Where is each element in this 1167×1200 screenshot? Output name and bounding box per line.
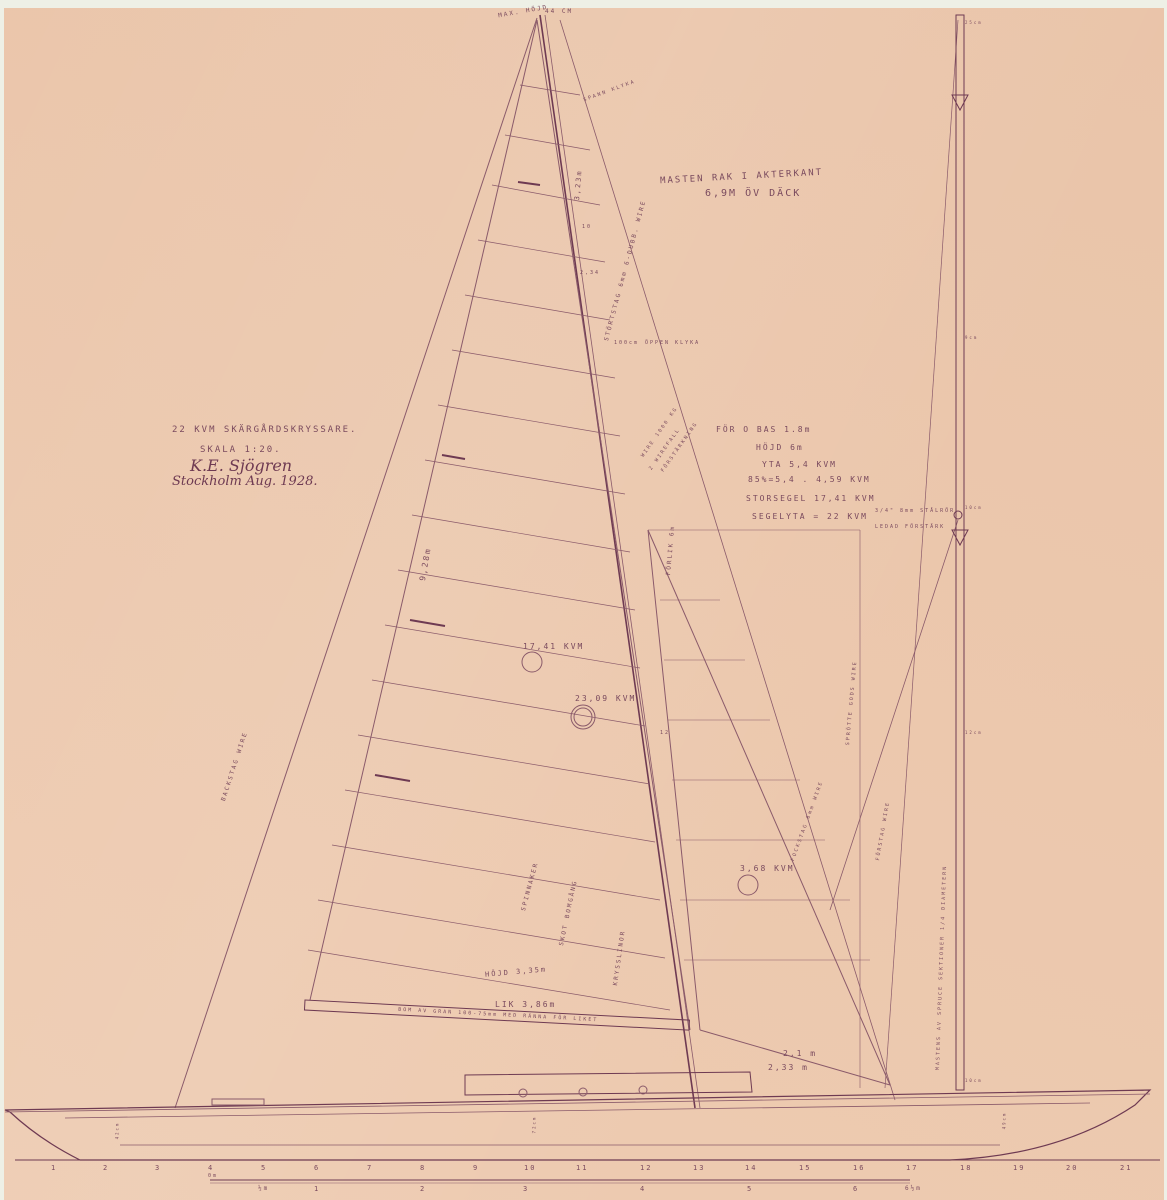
station-tick: 13: [693, 1164, 705, 1172]
meter-tick: ½m: [258, 1185, 269, 1192]
spec-fore-triangle-base: FÖR O BAS 1.8m: [716, 425, 811, 434]
masthead-dim: 44 CM: [545, 8, 573, 15]
station-tick: 9: [473, 1164, 479, 1172]
station-tick: 4: [208, 1164, 214, 1172]
spec-total-area: SEGELYTA = 22 KVM: [752, 512, 868, 521]
mast-dim-mid1: 9cm: [965, 335, 978, 340]
spec-height: HÖJD 6m: [756, 443, 804, 452]
luff-tick-100cm: 100cm: [614, 340, 639, 346]
mast-dim-low: 12cm: [965, 730, 983, 735]
station-tick: 7: [367, 1164, 373, 1172]
total-area-label: 23,09 KVM: [575, 694, 636, 703]
meter-tick: 3: [523, 1185, 529, 1193]
meter-tick: 4: [640, 1185, 646, 1193]
keel-dim-1: 42cm: [114, 1122, 119, 1140]
station-tick: 17: [906, 1164, 918, 1172]
meter-tick: 2: [420, 1185, 426, 1193]
station-tick: 21: [1120, 1164, 1132, 1172]
jib-foot-dim-2: 2,33 m: [768, 1063, 809, 1072]
mast-note-line2: 6,9M ÖV DÄCK: [705, 188, 801, 199]
station-tick: 19: [1013, 1164, 1025, 1172]
station-tick: 6: [314, 1164, 320, 1172]
luff-tick-12: 12: [660, 730, 670, 736]
spec-area: YTA 5,4 KVM: [762, 460, 837, 469]
station-tick: 16: [853, 1164, 865, 1172]
place-date: Stockholm Aug. 1928.: [172, 474, 318, 489]
jib-foot-dim-1: 2,1 m: [783, 1049, 817, 1058]
drawing-scale: SKALA 1:20.: [200, 445, 282, 455]
luff-dimension-mid: 2,34: [580, 270, 600, 276]
station-tick: 15: [799, 1164, 811, 1172]
meter-tick: 6: [853, 1185, 859, 1193]
meter-tick: 5: [747, 1185, 753, 1193]
spec-mainsail: STORSEGEL 17,41 KVM: [746, 494, 876, 503]
station-tick: 8: [420, 1164, 426, 1172]
keel-dim-3: 49cm: [1001, 1112, 1006, 1130]
mast-spreader-label: 3/4" 8mm STÅLRÖR: [875, 508, 955, 514]
meter-scale: 0m ½m 1 2 3 4 5 6 6½m: [0, 1185, 1167, 1197]
station-tick: 11: [576, 1164, 588, 1172]
meter-tick: 1: [314, 1185, 320, 1193]
designer-signature: K.E. Sjögren: [190, 456, 292, 475]
keel-dim-2: 72cm: [531, 1116, 536, 1134]
station-tick: 2: [103, 1164, 109, 1172]
mainsail-area-label: 17,41 KVM: [523, 642, 584, 651]
station-tick: 12: [640, 1164, 652, 1172]
station-tick: 20: [1066, 1164, 1078, 1172]
mast-dim-base: 10cm: [965, 1078, 983, 1083]
meter-tick: 0m: [208, 1173, 218, 1179]
meter-tick: 6½m: [905, 1185, 922, 1192]
mast-dim-mid2: 10cm: [965, 505, 983, 510]
mast-dim-top: 25cm: [965, 20, 983, 25]
halyard-block-label: ÖPPEN KLYKA: [645, 340, 700, 346]
luff-tick-10: 10: [582, 224, 592, 230]
spec-85pct: 85%=5,4 . 4,59 KVM: [748, 475, 871, 484]
station-tick: 14: [745, 1164, 757, 1172]
jib-area-label: 3,68 KVM: [740, 864, 795, 873]
station-tick: 5: [261, 1164, 267, 1172]
drawing-title: 22 KVM SKÄRGÅRDSKRYSSARE.: [172, 425, 357, 435]
station-scale: 1 2 3 4 5 6 7 8 9 10 11 12 13 14 15 16 1…: [0, 1164, 1167, 1176]
mast-spreader-label-2: LEDAD FÖRSTÄRK: [875, 524, 945, 530]
station-tick: 10: [524, 1164, 536, 1172]
boom-length-label: LIK 3,86m: [495, 1000, 556, 1009]
station-tick: 3: [155, 1164, 161, 1172]
station-tick: 1: [51, 1164, 57, 1172]
station-tick: 18: [960, 1164, 972, 1172]
